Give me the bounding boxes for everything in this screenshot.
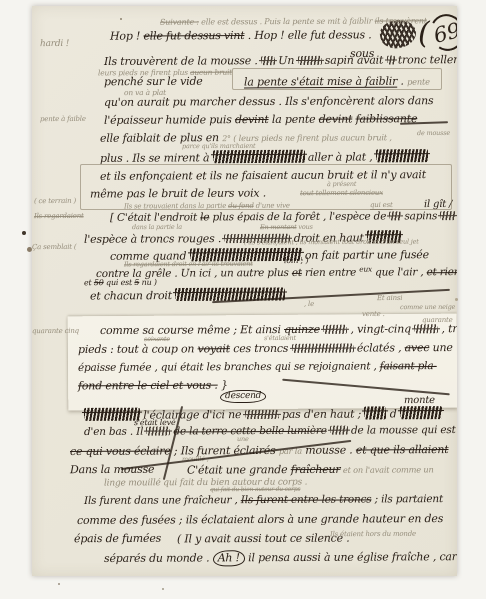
text-segment: d'en bas . Il bbox=[84, 426, 146, 438]
text-segment: fond entre le ciel et vous . bbox=[78, 379, 218, 393]
text-segment: aller à plat , bbox=[305, 150, 376, 163]
text-segment: dans la partie la bbox=[132, 223, 182, 231]
text-segment: , trente : bbox=[438, 322, 457, 335]
text-segment: une bbox=[237, 435, 249, 443]
text-segment: rien entre bbox=[302, 267, 359, 279]
text-segment: séparés du monde . bbox=[104, 551, 213, 565]
scribble-mark bbox=[386, 55, 394, 64]
text-segment: Suivante : bbox=[160, 17, 199, 26]
text-segment: de mousse bbox=[417, 129, 450, 137]
pencil-note: pente à faible bbox=[40, 116, 86, 124]
text-segment: que l'air , bbox=[372, 266, 427, 278]
text-segment: d bbox=[386, 407, 400, 420]
text-segment: C'était une grande bbox=[187, 463, 291, 477]
text-segment: , vingt-cinq bbox=[347, 322, 414, 335]
text-segment: il pensa aussi à une église fraîche , ca… bbox=[245, 550, 457, 564]
text-segment: ; ils partaient bbox=[371, 493, 443, 505]
pencil-note: de mousse bbox=[417, 130, 450, 137]
text-segment: pente à faible bbox=[40, 115, 86, 123]
manuscript-line: Ils trouvèrent de la mousse . Un sapin a… bbox=[104, 54, 457, 68]
manuscript-line: épais de fumées bbox=[74, 533, 161, 546]
text-segment: épais de fumées bbox=[74, 532, 161, 545]
text-segment: Ça semblait ( bbox=[32, 243, 76, 251]
text-segment: l'espèce à troncs rouges . bbox=[84, 232, 224, 246]
text-segment: Ah ! bbox=[213, 550, 245, 566]
manuscript-line: séparés du monde . Ah ! il pensa aussi à… bbox=[104, 551, 457, 565]
text-segment: et chacun droit bbox=[90, 289, 175, 302]
text-segment: ces troncs bbox=[230, 342, 292, 355]
text-segment: Ils étaient hors du monde bbox=[330, 530, 416, 538]
text-segment: éclatés , bbox=[354, 341, 405, 354]
text-segment: sapins bbox=[401, 210, 440, 222]
text-segment: ( Il y avait aussi tout ce silence . bbox=[177, 532, 350, 546]
text-segment: sapin avait bbox=[321, 54, 386, 67]
text-segment: ( ce terrain ) bbox=[34, 197, 76, 205]
manuscript-page: ( 69 Suivante : elle est dessus . Puis l… bbox=[32, 6, 457, 576]
text-segment: pas d'en haut ; bbox=[279, 407, 365, 420]
text-segment: Hop ! bbox=[110, 30, 144, 43]
manuscript-line: Ils furent dans une fraîcheur , Ils fure… bbox=[84, 494, 443, 507]
pencil-note: dans la partie la bbox=[132, 224, 182, 231]
text-segment: descend bbox=[220, 390, 266, 403]
text-segment: Ils trouvèrent de la mousse . bbox=[104, 54, 261, 68]
text-segment: devint bbox=[235, 113, 269, 126]
text-segment: pieds : tout à coup on bbox=[78, 342, 198, 356]
text-segment: de la mousse qui est bbox=[348, 424, 456, 437]
pencil-note: Et ainsi bbox=[377, 295, 402, 303]
manuscript-line: loin ; ) bbox=[284, 257, 308, 266]
text-segment: ce qui vous éclaire bbox=[70, 444, 171, 458]
paper-spot bbox=[162, 588, 164, 590]
paper-spot bbox=[27, 247, 32, 252]
manuscript-line: descend bbox=[220, 392, 266, 402]
manuscript-line: pieds : tout à coup on voyait ces troncs… bbox=[78, 342, 453, 356]
manuscript-line: penché sur le vide bbox=[104, 76, 203, 89]
manuscript-line: plus . Ils se mirent à aller à plat , bbox=[100, 149, 428, 165]
text-segment: qu'on aurait pu marcher dessus . Ils s'e… bbox=[104, 94, 433, 109]
pencil-note: ( ils s'élançaient , ils montaient tout … bbox=[244, 239, 419, 247]
text-segment: eux bbox=[359, 265, 372, 274]
pencil-note: , le bbox=[304, 301, 314, 309]
text-segment: penché sur le vide bbox=[104, 75, 203, 89]
manuscript-line: d'en bas . Il de la terre cette belle lu… bbox=[84, 425, 456, 438]
scribble-mark bbox=[84, 408, 140, 421]
manuscript-line: Hop ! elle fut dessus vint . Hop ! elle … bbox=[110, 29, 372, 42]
text-segment: Et ainsi bbox=[377, 294, 402, 302]
text-segment: et rien bbox=[427, 266, 457, 278]
scan-background: ( 69 Suivante : elle est dessus . Puis l… bbox=[0, 0, 486, 599]
text-segment: comme une neige bbox=[400, 303, 455, 311]
pencil-note: quarante cinq bbox=[32, 328, 79, 336]
text-segment: nu ) bbox=[139, 278, 157, 287]
text-segment: . Hop ! elle fut dessus . bbox=[244, 28, 371, 42]
text-segment: Ils regardaient bbox=[34, 212, 84, 220]
scribble-mark bbox=[389, 211, 401, 220]
paper-spot bbox=[120, 18, 122, 20]
text-segment: Ils furent entre les troncs bbox=[241, 493, 372, 506]
text-segment: , le bbox=[304, 300, 314, 308]
manuscript-line: qu'on aurait pu marcher dessus . Ils s'e… bbox=[104, 95, 433, 109]
paper-spot bbox=[455, 298, 458, 301]
manuscript-line: C'était une grande fraîcheur et on l'ava… bbox=[187, 463, 434, 476]
pencil-box-mark bbox=[232, 68, 442, 90]
text-segment: de la terre cette belle lumière bbox=[173, 425, 326, 438]
text-segment: elle est dessus . Puis la pente se mit à… bbox=[199, 17, 375, 27]
text-segment: une bbox=[429, 341, 452, 354]
pencil-note: Ils étaient hors du monde bbox=[330, 531, 416, 539]
manuscript-line: épaisse fumée , qui était les branches q… bbox=[78, 361, 437, 374]
manuscript-line: monte bbox=[404, 395, 435, 406]
pencil-note: vente . bbox=[362, 311, 385, 319]
scribble-mark bbox=[245, 410, 279, 419]
text-segment: épaisse fumée , qui était les branches q… bbox=[78, 360, 380, 374]
scribble-mark bbox=[414, 324, 438, 333]
scribble-mark bbox=[364, 406, 386, 419]
text-segment: Un bbox=[275, 54, 298, 67]
pencil-note: Suivante : elle est dessus . Puis la pen… bbox=[160, 17, 427, 27]
page-number: 69 bbox=[426, 10, 457, 54]
text-segment: parce qu'ils marchaient bbox=[182, 142, 255, 150]
scribble-mark bbox=[330, 426, 348, 435]
pencil-note: Ça semblait ( bbox=[32, 244, 76, 252]
text-segment: l'épaisseur humide puis bbox=[104, 113, 235, 127]
scribble-mark bbox=[400, 406, 442, 419]
text-segment: } bbox=[218, 379, 228, 392]
text-segment: quarante cinq bbox=[32, 327, 79, 335]
text-segment: elle fut dessus vint bbox=[143, 29, 244, 43]
pencil-note: Ils regardaient bbox=[34, 213, 84, 221]
scribble-mark bbox=[323, 325, 347, 334]
text-segment: comme des fusées ; ils éclataient alors … bbox=[77, 512, 443, 527]
pencil-note: hardi ! bbox=[40, 40, 69, 50]
scribble-mark bbox=[213, 150, 305, 163]
scribble-mark bbox=[292, 344, 354, 353]
text-segment: fraîcheur bbox=[291, 463, 341, 476]
pen-stroke bbox=[400, 121, 448, 124]
scribble-mark bbox=[376, 149, 428, 162]
text-segment: hardi ! bbox=[40, 39, 69, 49]
manuscript-line: fond entre le ciel et vous . } bbox=[78, 380, 228, 393]
text-segment: s'étalaient bbox=[264, 334, 296, 342]
text-segment: on fait partir une fusée bbox=[302, 248, 429, 262]
scribble-mark bbox=[146, 427, 170, 436]
text-segment: tronc tellement bbox=[394, 53, 457, 66]
text-segment: loin ; ) bbox=[284, 256, 308, 265]
text-segment: 50 bbox=[94, 278, 104, 287]
text-segment: Ils furent dans une fraîcheur , bbox=[84, 494, 241, 507]
manuscript-line: ( Il y avait aussi tout ce silence . bbox=[177, 533, 350, 546]
text-segment: qui fait du bien autour du corps bbox=[210, 486, 300, 493]
text-segment: avec bbox=[405, 341, 430, 354]
text-segment: et bbox=[292, 267, 302, 279]
text-segment: qui est bbox=[104, 278, 135, 287]
manuscript-line: et 50 qui est 5 nu ) bbox=[84, 279, 157, 288]
scribble-mark bbox=[297, 56, 321, 65]
scribble-mark bbox=[261, 56, 275, 65]
paper-spot bbox=[58, 583, 60, 585]
paper-spot bbox=[22, 231, 26, 235]
text-segment: plus . Ils se mirent à bbox=[100, 151, 213, 165]
pencil-note: comme une neige bbox=[400, 304, 455, 311]
pencil-note: qui fait du bien autour du corps bbox=[210, 487, 300, 494]
text-segment: plus épais de la forêt , l'espèce de bbox=[209, 210, 389, 223]
text-segment: ( ils s'élançaient , ils montaient tout … bbox=[244, 238, 419, 247]
manuscript-line: l'épaisseur humide puis devint la pente … bbox=[104, 113, 417, 127]
pencil-note: une bbox=[237, 436, 249, 443]
text-segment: monte bbox=[404, 395, 435, 406]
text-segment: et on l'avait comme un bbox=[340, 464, 433, 474]
text-segment: et bbox=[84, 278, 94, 287]
text-segment: vente . bbox=[362, 310, 385, 318]
text-segment: voyait bbox=[198, 342, 230, 355]
text-segment: comme sa course même ; Et ainsi bbox=[100, 323, 284, 337]
text-segment: et que ils allaient bbox=[356, 443, 449, 456]
text-segment: ils trouvèrent bbox=[375, 16, 427, 25]
pencil-note: ( ce terrain ) bbox=[34, 198, 76, 206]
text-segment: devint bbox=[319, 113, 353, 126]
scribble-mark bbox=[440, 211, 456, 220]
manuscript-line: comme des fusées ; ils éclataient alors … bbox=[77, 513, 443, 527]
pencil-box-mark bbox=[80, 164, 452, 210]
text-segment: la pente bbox=[269, 113, 319, 126]
text-segment: faisant pla- bbox=[380, 360, 437, 372]
